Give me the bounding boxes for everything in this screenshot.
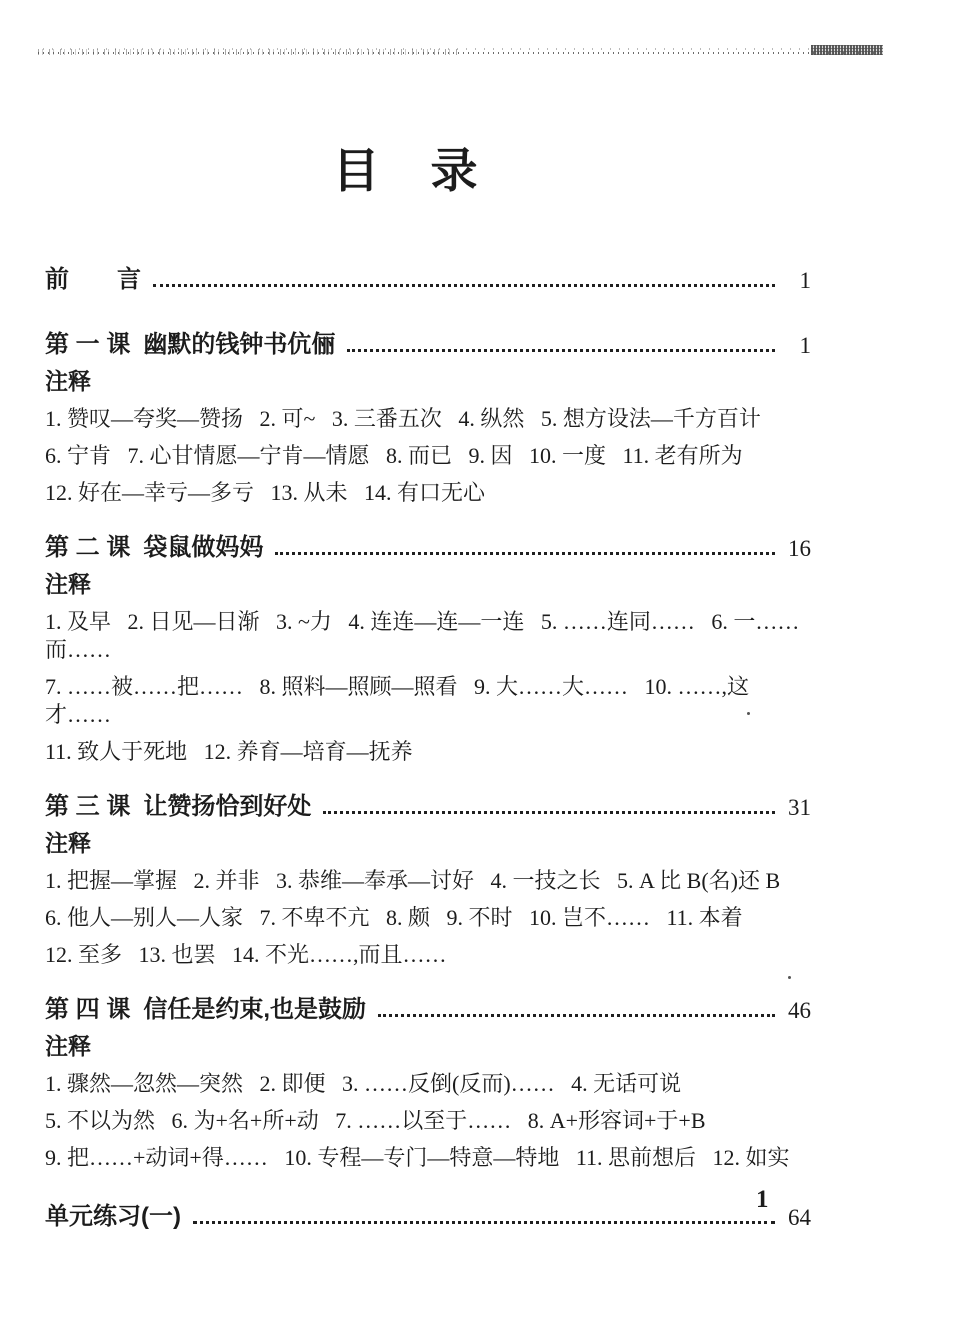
page-title: 目 录 — [23, 145, 789, 197]
lesson-3-note-line: 1. 把握—掌握 2. 并非 3. 恭维—奉承—讨好 4. 一技之长 5. A … — [45, 867, 811, 895]
dotted-leader — [378, 1014, 775, 1017]
footer-page-number: 1 — [756, 1186, 769, 1214]
lesson-1-page-number: 1 — [785, 332, 811, 360]
lesson-3-title: 让赞扬恰到好处 — [143, 792, 311, 822]
lesson-2-notes-heading: 注释 — [45, 571, 811, 599]
lesson-3-page-number: 31 — [785, 794, 811, 822]
toc-entry-unit-exercise: 单元练习(一) 64 — [45, 1202, 811, 1232]
lesson-2-note-line: 7. ……被……把…… 8. 照料—照顾—照看 9. 大……大…… 10. ……… — [45, 673, 811, 729]
toc-content: 目 录 前 言 1 第 一 课 幽默的钱钟书伉俪 1 注释 1. 赞叹—夸奖—赞… — [45, 0, 811, 1232]
lesson-3-note-line: 6. 他人—别人—人家 7. 不卑不亢 8. 颇 9. 不时 10. 岂不…… … — [45, 904, 811, 932]
lesson-4-notes-heading: 注释 — [45, 1033, 811, 1061]
toc-entry-preface: 前 言 1 — [45, 265, 811, 295]
lesson-1-note-line: 6. 宁肯 7. 心甘情愿—宁肯—情愿 8. 而已 9. 因 10. 一度 11… — [45, 442, 811, 470]
lesson-2-title: 袋鼠做妈妈 — [143, 533, 263, 563]
lesson-3-notes-heading: 注释 — [45, 830, 811, 858]
lesson-4-page-number: 46 — [785, 997, 811, 1025]
dotted-leader — [347, 349, 775, 352]
lesson-4-note-line: 9. 把……+动词+得…… 10. 专程—专门—特意—特地 11. 思前想后 1… — [45, 1144, 811, 1172]
lesson-2-page-number: 16 — [785, 535, 811, 563]
lesson-1-header-row: 第 一 课 幽默的钱钟书伉俪 1 — [45, 330, 811, 360]
unit-exercise-label: 单元练习(一) — [45, 1202, 181, 1232]
lesson-2-note-line: 1. 及早 2. 日见—日渐 3. ~力 4. 连连—连—一连 5. ……连同…… — [45, 608, 811, 664]
lesson-4-number-label: 第 四 课 — [45, 995, 130, 1025]
unit-exercise-page-number: 64 — [785, 1204, 811, 1232]
preface-label: 前 言 — [45, 265, 141, 295]
lesson-1-number-label: 第 一 课 — [45, 330, 130, 360]
lesson-4-note-line: 5. 不以为然 6. 为+名+所+动 7. ……以至于…… 8. A+形容词+于… — [45, 1107, 811, 1135]
lesson-2-number-label: 第 二 课 — [45, 533, 130, 563]
lesson-2-header-row: 第 二 课 袋鼠做妈妈 16 — [45, 533, 811, 563]
lesson-1-note-line: 12. 好在—幸亏—多亏 13. 从未 14. 有口无心 — [45, 479, 811, 507]
toc-lesson-4: 第 四 课 信任是约束,也是鼓励 46 注释 1. 骤然—忽然—突然 2. 即便… — [45, 995, 811, 1172]
dotted-leader — [193, 1221, 775, 1224]
lesson-3-header-row: 第 三 课 让赞扬恰到好处 31 — [45, 792, 811, 822]
dotted-leader — [323, 811, 775, 814]
toc-lesson-2: 第 二 课 袋鼠做妈妈 16 注释 1. 及早 2. 日见—日渐 3. ~力 4… — [45, 533, 811, 766]
dotted-leader — [153, 284, 775, 287]
lesson-4-header-row: 第 四 课 信任是约束,也是鼓励 46 — [45, 995, 811, 1025]
lesson-3-note-line: 12. 至多 13. 也罢 14. 不光……,而且…… — [45, 941, 811, 969]
dotted-leader — [275, 552, 775, 555]
lesson-1-note-line: 1. 赞叹—夸奖—赞扬 2. 可~ 3. 三番五次 4. 纵然 5. 想方设法—… — [45, 405, 811, 433]
scanned-page: 目 录 前 言 1 第 一 课 幽默的钱钟书伉俪 1 注释 1. 赞叹—夸奖—赞… — [0, 0, 960, 1338]
preface-page-number: 1 — [785, 267, 811, 295]
toc-lesson-1: 第 一 课 幽默的钱钟书伉俪 1 注释 1. 赞叹—夸奖—赞扬 2. 可~ 3.… — [45, 330, 811, 507]
lesson-4-title: 信任是约束,也是鼓励 — [143, 995, 366, 1025]
lesson-3-number-label: 第 三 课 — [45, 792, 130, 822]
lesson-1-title: 幽默的钱钟书伉俪 — [143, 330, 335, 360]
lesson-1-notes-heading: 注释 — [45, 368, 811, 396]
lesson-4-note-line: 1. 骤然—忽然—突然 2. 即便 3. ……反倒(反而)…… 4. 无话可说 — [45, 1070, 811, 1098]
toc-lesson-3: 第 三 课 让赞扬恰到好处 31 注释 1. 把握—掌握 2. 并非 3. 恭维… — [45, 792, 811, 969]
lesson-2-note-line: 11. 致人于死地 12. 养育—培育—抚养 — [45, 738, 811, 766]
